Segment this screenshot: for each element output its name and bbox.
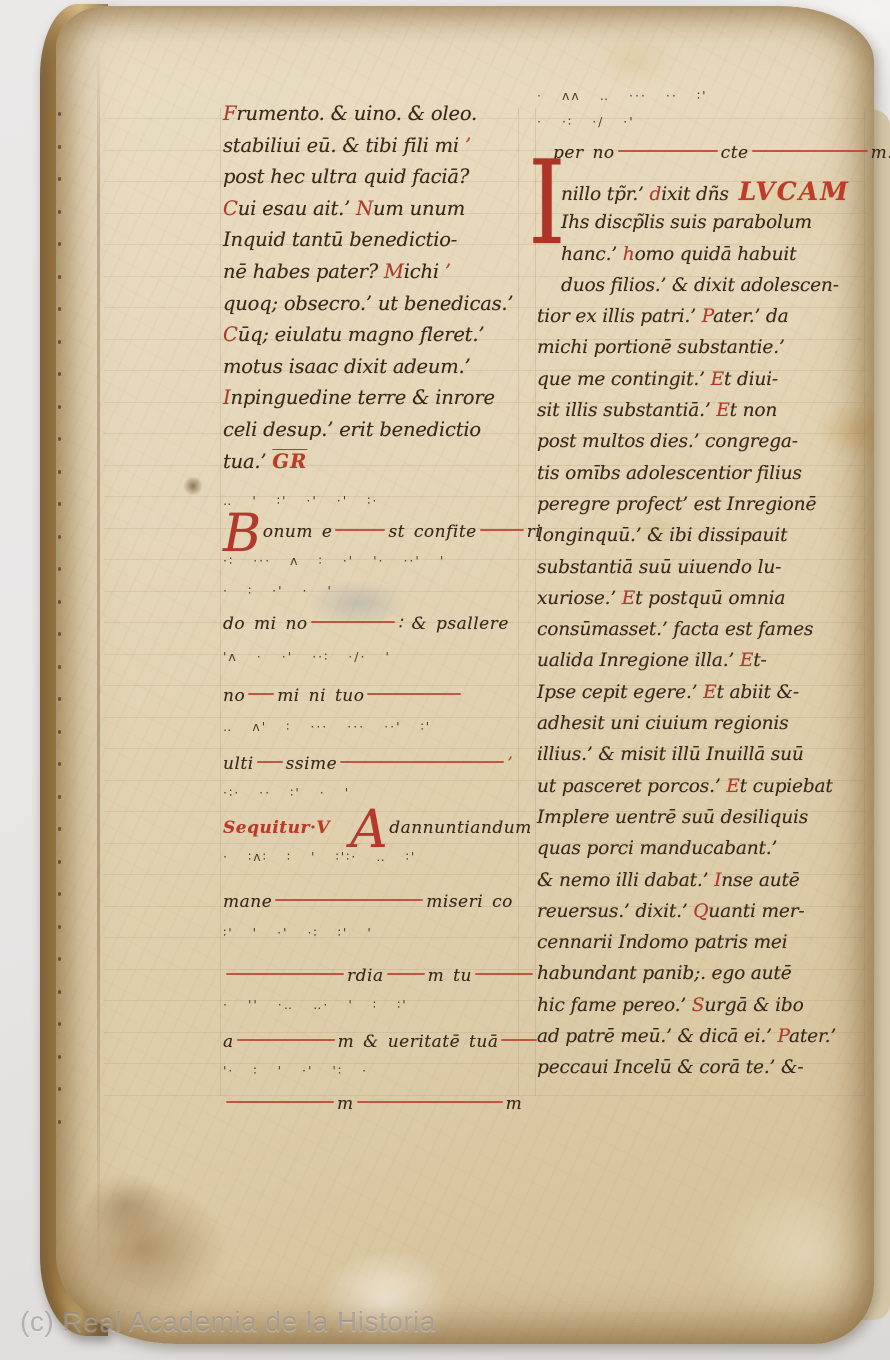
pricking-hole	[58, 210, 61, 214]
pricking-hole	[58, 795, 61, 799]
manuscript-text: st confite	[388, 522, 476, 542]
melisma-extender-line	[257, 761, 283, 763]
manuscript-text: quoq; obsecro.’ ut benedicas.’	[223, 292, 513, 315]
manuscript-text: t abiit &-	[716, 682, 798, 703]
manuscript-text: m.’	[871, 143, 890, 163]
manuscript-text: stabiliui eū. & tibi fili mi	[223, 134, 459, 157]
manuscript-text: cte	[721, 143, 749, 163]
melisma-extender-line	[275, 899, 423, 901]
rubricated-text: ’	[459, 134, 471, 157]
rubricated-text: E	[726, 776, 739, 797]
manuscript-text: quas porci manducabant.’	[537, 838, 777, 859]
manuscript-text: no	[223, 686, 245, 706]
manuscript-text: ixit dñs	[661, 184, 729, 205]
manuscript-text: illius.’ & misit illū Inuillā suū	[537, 744, 804, 765]
pricking-hole	[58, 372, 61, 376]
rubricated-text: ’	[439, 260, 451, 283]
text-line: peregre profect’ est Inregionē	[537, 489, 877, 520]
text-line: longinquū.’ & ibi dissipauit	[537, 520, 877, 551]
copyright-watermark: (c) Real Academia de la Historia	[20, 1306, 436, 1338]
rubricated-text: equitur·V	[236, 818, 330, 838]
pricking-hole	[58, 307, 61, 311]
text-line: hanc.’ homo quidā habuit	[537, 239, 877, 270]
manuscript-text: hic fame pereo.’	[537, 995, 692, 1016]
text-line: tua.’ GR	[223, 446, 525, 478]
manuscript-text: Implere uentrē suū desiliquis	[537, 807, 808, 828]
neume-line: · ∶ ·' · '	[223, 579, 525, 605]
text-line: adhesit uni ciuium regionis	[537, 708, 877, 739]
rubricated-text: E	[740, 650, 753, 671]
manuscript-text: duos filios.’ & dixit adolescen-	[561, 275, 839, 296]
pricking-hole	[58, 1022, 61, 1026]
text-line: celi desup.’ erit benedictio	[223, 414, 525, 446]
manuscript-text: m	[337, 1094, 354, 1114]
manuscript-text: ut pasceret porcos.’	[537, 776, 726, 797]
rubricated-text: d	[649, 184, 661, 205]
manuscript-text: ∶ & psallere	[398, 614, 509, 634]
text-line: Inquid tantū benedictio-	[223, 224, 525, 256]
manuscript-text: que me contingit.’	[537, 369, 711, 390]
manuscript-text: xuriose.’	[537, 588, 622, 609]
manuscript-text: t postquū omnia	[635, 588, 785, 609]
rubricated-text: GR	[272, 450, 307, 473]
pricking-hole	[58, 600, 61, 604]
manuscript-text: t-	[753, 650, 766, 671]
pricking-hole	[58, 860, 61, 864]
manuscript-text: rumento. & uino. & oleo.	[236, 102, 477, 125]
pricking-hole	[58, 340, 61, 344]
text-line: nomi ni tuo	[223, 679, 525, 713]
text-line: Implere uentrē suū desiliquis	[537, 802, 877, 833]
rubricated-text: P	[702, 306, 713, 327]
manuscript-text: tua.’	[223, 450, 272, 473]
pricking-hole	[58, 697, 61, 701]
neume-line: ·∶ ··· ʌ ∶ ·' '· ··' '	[223, 549, 525, 575]
melisma-extender-line	[357, 1101, 503, 1103]
text-line: cennarii Indomo patris mei	[537, 927, 877, 958]
text-line: Bonum est confiteri	[223, 515, 525, 549]
melisma-extender-line	[501, 1039, 537, 1041]
text-line: Inpinguedine terre & inrore	[223, 382, 525, 414]
right-text-column: · ʌʌ ‥ ··· ·· ∶' · ·∶ ·/ ·'per noctem.’n…	[537, 84, 877, 1084]
pricking-hole	[58, 437, 61, 441]
neume-line: ‥ ʌ' ∶ ··· ··· ··' ∶'	[223, 715, 525, 741]
manuscript-text: do mi no	[223, 614, 308, 634]
text-line: ualida Inregione illa.’ Et-	[537, 645, 877, 676]
pricking-hole	[58, 665, 61, 669]
text-line: quas porci manducabant.’	[537, 833, 877, 864]
pricking-hole	[58, 1087, 61, 1091]
manuscript-text: longinquū.’ & ibi dissipauit	[537, 525, 787, 546]
manuscript-text: sit illis substantiā.’	[537, 400, 716, 421]
neume-line: · ·∶ ·/ ·'	[537, 110, 877, 136]
melisma-extender-line	[618, 150, 718, 152]
text-line: Ipse cepit egere.’ Et abiit &-	[537, 677, 877, 708]
text-line: que me contingit.’ Et diui-	[537, 364, 877, 395]
melisma-extender-line	[752, 150, 868, 152]
rubricated-text: C	[223, 323, 238, 346]
manuscript-text: tior ex illis patri.’	[537, 306, 702, 327]
text-line: Ihs discp̃lis suis parabolum	[537, 207, 877, 238]
text-line: illius.’ & misit illū Inuillā suū	[537, 739, 877, 770]
melisma-extender-line	[340, 761, 504, 763]
text-line: am & ueritatē tuā	[223, 1025, 525, 1059]
text-line: tior ex illis patri.’ Pater.’ da	[537, 301, 877, 332]
manuscript-text: ad patrē meū.’ & dicā ei.’	[537, 1026, 778, 1047]
pricking-hole	[58, 957, 61, 961]
text-line: substantiā suū uiuendo lu-	[537, 552, 877, 583]
rubricated-text: E	[622, 588, 635, 609]
left-text-column: Frumento. & uino. & oleo.stabiliui eū. &…	[223, 98, 525, 1121]
text-line: habundant panib;. ego autē	[537, 958, 877, 989]
melisma-extender-line	[237, 1039, 335, 1041]
text-line: nillo tp̃r.’ dixit dñsLVCAM	[537, 176, 877, 207]
manuscript-text: m	[506, 1094, 523, 1114]
melisma-extender-line	[367, 693, 461, 695]
manuscript-text: nē habes pater?	[223, 260, 384, 283]
manuscript-text: omo quidā habuit	[635, 244, 797, 265]
pricking-hole	[58, 1120, 61, 1124]
neume-line: '· ∶ ' ·' '∶ ·	[223, 1059, 525, 1085]
melisma-extender-line	[226, 1101, 334, 1103]
melisma-extender-line	[248, 693, 274, 695]
manuscript-text: rdia	[347, 966, 384, 986]
text-line: ut pasceret porcos.’ Et cupiebat	[537, 771, 877, 802]
pricking-hole	[58, 762, 61, 766]
rubricated-text: I	[223, 386, 231, 409]
text-line: motus isaac dixit adeum.’	[223, 351, 525, 383]
manuscript-text: ater.’	[789, 1026, 836, 1047]
neume-line: 'ʌ · ·' ··∶ ·/· '	[223, 645, 525, 671]
text-line: ad patrē meū.’ & dicā ei.’ Pater.’	[537, 1021, 877, 1052]
text-line: xuriose.’ Et postquū omnia	[537, 583, 877, 614]
pricking-hole	[58, 827, 61, 831]
manuscript-text: hanc.’	[561, 244, 623, 265]
manuscript-text: peregre profect’ est Inregionē	[537, 494, 816, 515]
text-line: reuersus.’ dixit.’ Quanti mer-	[537, 896, 877, 927]
manuscript-text: nse autē	[721, 870, 799, 891]
rubricated-text: E	[716, 400, 729, 421]
manuscript-text: nillo tp̃r.’	[561, 184, 649, 205]
gutter-crease	[97, 50, 100, 1285]
manuscript-text: ichi	[404, 260, 439, 283]
pricking-hole	[58, 470, 61, 474]
text-line: sit illis substantiā.’ Et non	[537, 395, 877, 426]
pricking-hole	[58, 632, 61, 636]
text-line: Cūq; eiulatu magno fleret.’	[223, 319, 525, 351]
text-line: post hec ultra quid faciā?	[223, 161, 525, 193]
manuscript-text: Inquid tantū benedictio-	[223, 228, 457, 251]
rubricated-text: h	[623, 244, 635, 265]
melisma-extender-line	[335, 529, 385, 531]
text-line: Sequitur·V Adannuntiandum	[223, 811, 525, 845]
text-line: stabiliui eū. & tibi fili mi ’	[223, 130, 525, 162]
text-line: do mi no∶ & psallere	[223, 607, 525, 641]
rubricated-text: S	[223, 818, 236, 838]
manuscript-text: t non	[730, 400, 778, 421]
neume-line: ·∶· ·· ∶' · '	[223, 781, 525, 807]
pricking-hole	[58, 892, 61, 896]
manuscript-text: npinguedine terre & inrore	[231, 386, 495, 409]
manuscript-text: m & ueritatē tuā	[338, 1032, 499, 1052]
text-line: duos filios.’ & dixit adolescen-	[537, 270, 877, 301]
text-line: & nemo illi dabat.’ Inse autē	[537, 865, 877, 896]
text-line: rdiam tu	[223, 959, 525, 993]
manuscript-text: & nemo illi dabat.’	[537, 870, 714, 891]
text-line: Frumento. & uino. & oleo.	[223, 98, 525, 130]
manuscript-text: ulti	[223, 754, 254, 774]
rubricated-text: C	[223, 197, 238, 220]
manuscript-text: a	[223, 1032, 234, 1052]
melisma-extender-line	[387, 973, 425, 975]
pricking-hole	[58, 502, 61, 506]
text-line: tis omībs adolescentior filius	[537, 458, 877, 489]
rubricated-text: LVCAM	[739, 177, 850, 206]
manuscript-text: ui esau ait.’	[238, 197, 356, 220]
neume-line: ‥ ' ∶' ·' ·' ∶·	[223, 489, 525, 515]
pricking-hole	[58, 177, 61, 181]
pricking-hole	[58, 112, 61, 116]
illuminated-initial-I: I	[528, 146, 566, 262]
text-line: michi portionē substantie.’	[537, 332, 877, 363]
melisma-extender-line	[480, 529, 524, 531]
text-line: hic fame pereo.’ Surgā & ibo	[537, 990, 877, 1021]
manuscript-text: consūmasset.’ facta est fames	[537, 619, 813, 640]
text-line: per noctem.’	[537, 136, 877, 170]
manuscript-text: Ipse cepit egere.’	[537, 682, 703, 703]
text-line: post multos dies.’ congrega-	[537, 426, 877, 457]
manuscript-text: um unum	[373, 197, 465, 220]
pricking-hole	[58, 145, 61, 149]
neume-line: · ∶ʌ∶ ∶ ' ∶'∶· ‥ ∶'	[223, 845, 525, 871]
manuscript-text: mane	[223, 892, 272, 912]
manuscript-text: motus isaac dixit adeum.’	[223, 355, 471, 378]
rubricated-text: N	[356, 197, 373, 220]
manuscript-text: michi portionē substantie.’	[537, 337, 785, 358]
text-line: peccaui Incelū & corā te.’ &-	[537, 1052, 877, 1083]
pricking-hole	[58, 405, 61, 409]
column-guide-line	[220, 108, 221, 1096]
rubricated-text: E	[703, 682, 716, 703]
manuscript-text: tis omībs adolescentior filius	[537, 463, 802, 484]
rubricated-text: M	[384, 260, 404, 283]
text-line: mm	[223, 1087, 525, 1121]
neume-line: · ʌʌ ‥ ··· ·· ∶'	[537, 84, 877, 110]
manuscript-text: habundant panib;. ego autē	[537, 963, 792, 984]
text-line: Cui esau ait.’ Num unum	[223, 193, 525, 225]
manuscript-text: ualida Inregione illa.’	[537, 650, 740, 671]
text-line: nē habes pater? Michi ’	[223, 256, 525, 288]
pricking-hole	[58, 535, 61, 539]
pricking-hole	[58, 242, 61, 246]
manuscript-text: miseri co	[426, 892, 513, 912]
rubricated-text: ’	[507, 754, 513, 774]
manuscript-text: t diui-	[724, 369, 778, 390]
pricking-hole	[58, 1055, 61, 1059]
melisma-extender-line	[311, 621, 395, 623]
pricking-hole	[58, 925, 61, 929]
manuscript-text: substantiā suū uiuendo lu-	[537, 557, 781, 578]
melisma-extender-line	[226, 973, 344, 975]
rubricated-text: S	[692, 995, 705, 1016]
manuscript-text: urgā & ibo	[704, 995, 803, 1016]
manuscript-text: cennarii Indomo patris mei	[537, 932, 787, 953]
manuscript-text: ssime	[286, 754, 338, 774]
manuscript-text: adhesit uni ciuium regionis	[537, 713, 788, 734]
rubricated-text: F	[223, 102, 236, 125]
manuscript-text: uanti mer-	[708, 901, 804, 922]
manuscript-text: m tu	[428, 966, 472, 986]
manuscript-text: Ihs discp̃lis suis parabolum	[561, 212, 812, 233]
neume-line: ∶' ' ·' ·∶ ∶' '	[223, 921, 525, 947]
manuscript-text: peccaui Incelū & corā te.’ &-	[537, 1057, 803, 1078]
text-line: ultissime’	[223, 747, 525, 781]
manuscript-text: t cupiebat	[740, 776, 833, 797]
pricking-hole	[58, 275, 61, 279]
text-line: consūmasset.’ facta est fames	[537, 614, 877, 645]
neume-line: · '' ·‥ ‥· ' ∶ ∶'	[223, 993, 525, 1019]
manuscript-text: reuersus.’ dixit.’	[537, 901, 693, 922]
rubricated-text: E	[711, 369, 724, 390]
melisma-extender-line	[475, 973, 533, 975]
pricking-hole	[58, 990, 61, 994]
manuscript-text: dannuntiandum	[389, 818, 532, 838]
manuscript-text: ūq; eiulatu magno fleret.’	[238, 323, 485, 346]
manuscript-text: post hec ultra quid faciā?	[223, 165, 469, 188]
manuscript-text: mi ni tuo	[277, 686, 364, 706]
pricking-hole	[58, 567, 61, 571]
manuscript-text: onum e	[263, 522, 333, 542]
text-line: manemiseri co	[223, 885, 525, 919]
rubricated-text: P	[778, 1026, 789, 1047]
rubricated-text: Q	[693, 901, 708, 922]
pricking-holes	[58, 112, 61, 1152]
manuscript-text: celi desup.’ erit benedictio	[223, 418, 481, 441]
pricking-hole	[58, 730, 61, 734]
manuscript-text: ater.’ da	[713, 306, 788, 327]
text-line: quoq; obsecro.’ ut benedicas.’	[223, 288, 525, 320]
manuscript-text: post multos dies.’ congrega-	[537, 431, 798, 452]
